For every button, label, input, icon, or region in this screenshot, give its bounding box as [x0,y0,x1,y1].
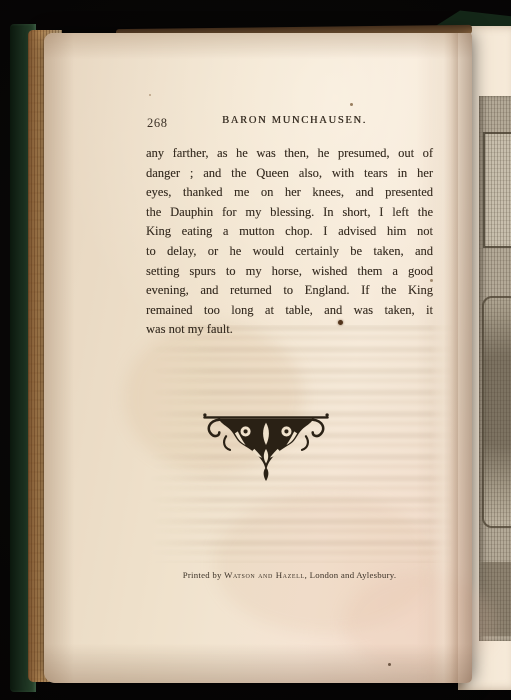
running-title: BARON MUNCHAUSEN. [146,115,433,126]
main-page: 268 BARON MUNCHAUSEN. any farther, as he… [44,33,472,683]
body-line: evening, and returned to England. If the… [146,281,433,301]
page-header: 268 BARON MUNCHAUSEN. [146,115,433,132]
imprint-suffix: , London and Aylesbury. [305,570,397,580]
book-photo: 268 BARON MUNCHAUSEN. any farther, as he… [0,0,511,700]
engraving-band-bottom [479,562,511,636]
body-text: any farther, as he was then, he presumed… [146,144,433,340]
body-line: remained too long at table, and was take… [146,301,433,321]
engraving-frame-main [482,296,511,528]
body-line: the Dauphin for my blessing. In short, I… [146,203,433,223]
body-line: to delay, or he would certainly be taken… [146,242,433,262]
body-line: King eating a mutton chop. I advised him… [146,222,433,242]
page-number: 268 [147,116,168,131]
body-line: eyes, thanked me on her knees, and prese… [146,183,433,203]
body-line: was not my fault. [146,320,433,340]
tailpiece-ornament-icon [202,410,330,482]
page-content: 268 BARON MUNCHAUSEN. any farther, as he… [146,33,433,683]
page-curvature-highlight [432,33,458,683]
body-line: danger ; and the Queen also, with tears … [146,164,433,184]
printer-name: Watson and Hazell [224,570,305,580]
body-line: setting spurs to my horse, wished them a… [146,262,433,282]
engraving-illustration [479,96,511,641]
engraving-frame-top [483,132,511,248]
imprint-prefix: Printed by [183,570,224,580]
body-line: any farther, as he was then, he presumed… [146,144,433,164]
printer-imprint: Printed by Watson and Hazell, London and… [146,570,433,580]
